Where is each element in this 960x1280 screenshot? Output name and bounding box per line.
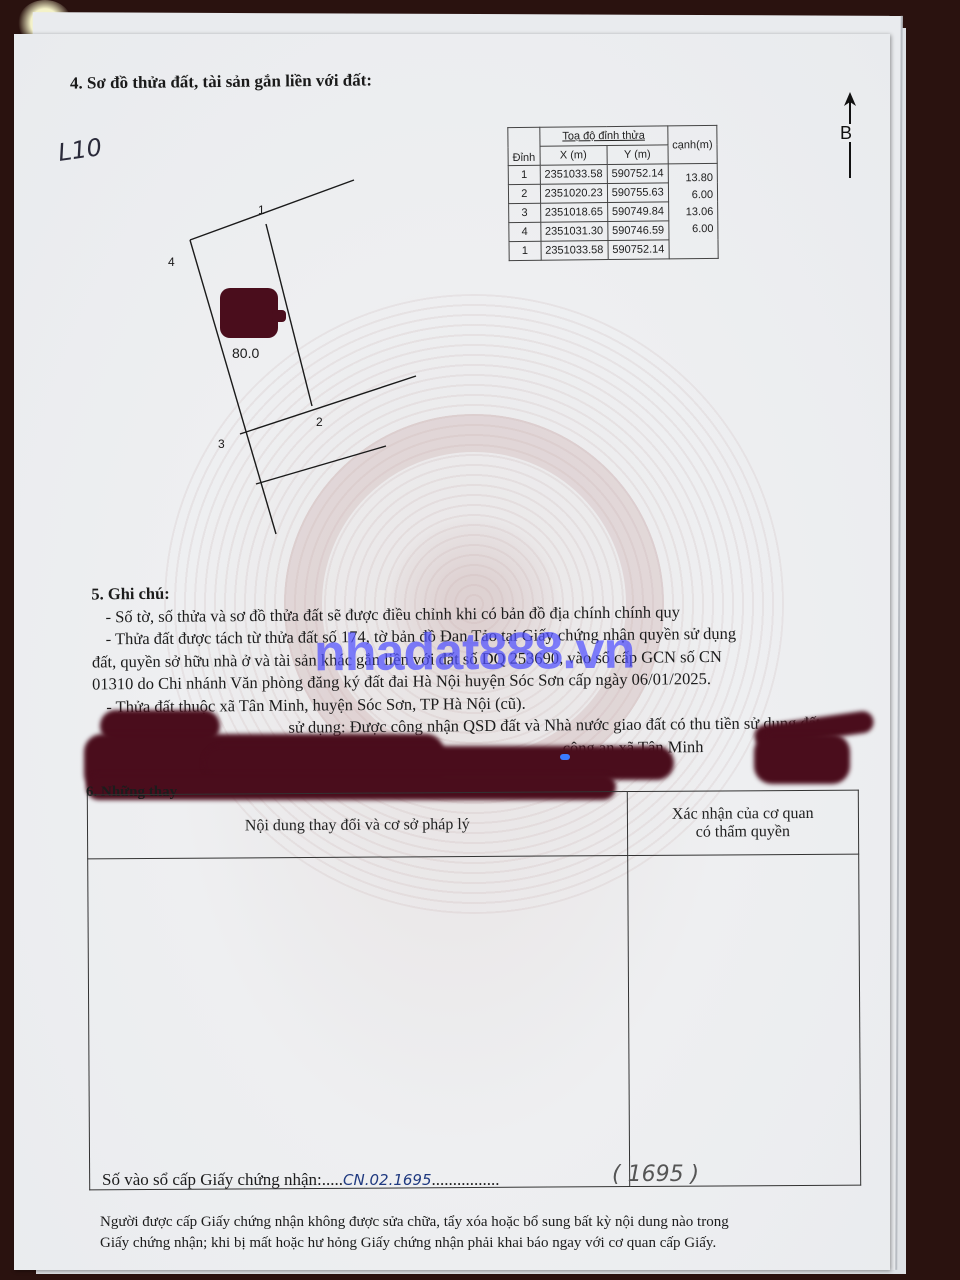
vertex-1-label: 1	[258, 203, 265, 217]
edge-lengths: 13.806.0013.066.00	[668, 163, 718, 259]
certificate-page: 4. Sơ đồ thửa đất, tài sản gắn liền với …	[14, 34, 890, 1270]
group-header: Toạ độ đỉnh thửa	[539, 126, 667, 146]
blue-dot	[560, 754, 570, 760]
coordinate-row: 12351033.58590752.1413.806.0013.066.00	[508, 163, 717, 184]
vertex-4-label: 4	[168, 255, 175, 269]
registration-label: Số vào sổ cấp Giấy chứng nhận:.....	[102, 1170, 343, 1189]
watermark: nhadat888.vn	[314, 621, 635, 684]
col-confirm-header: Xác nhận của cơ quan có thẩm quyền	[627, 790, 859, 855]
vertex-2-label: 2	[316, 415, 323, 429]
col-vertex: Đỉnh	[508, 127, 540, 165]
redaction	[754, 734, 850, 784]
north-label: B	[840, 124, 852, 142]
registration-value: CN.02.1695	[343, 1171, 432, 1189]
handwritten-label: L10	[56, 133, 103, 167]
col-edge: cạnh(m)	[668, 125, 718, 164]
parcel-area: 80.0	[232, 345, 259, 361]
col-content-header: Nội dung thay đổi và cơ sở pháp lý	[87, 792, 627, 859]
content-cell	[88, 856, 630, 1190]
parcel-id-redaction	[220, 288, 278, 338]
col-y: Y (m)	[607, 145, 668, 165]
changes-table: Nội dung thay đổi và cơ sở pháp lý Xác n…	[87, 790, 861, 1191]
registration-number: Số vào sổ cấp Giấy chứng nhận:.....CN.02…	[102, 1170, 500, 1190]
confirm-cell	[627, 854, 860, 1186]
registration-note: ( 1695 )	[612, 1162, 699, 1187]
parcel-diagram: 1 2 3 4 80.0	[154, 178, 454, 538]
coordinate-table: Đỉnh Toạ độ đỉnh thửa cạnh(m) X (m) Y (m…	[507, 125, 718, 261]
footer-notice: Người được cấp Giấy chứng nhận không đượ…	[100, 1212, 890, 1254]
col-x: X (m)	[540, 146, 607, 166]
vertex-3-label: 3	[218, 437, 225, 451]
section4-title: 4. Sơ đồ thửa đất, tài sản gắn liền với …	[70, 70, 372, 93]
